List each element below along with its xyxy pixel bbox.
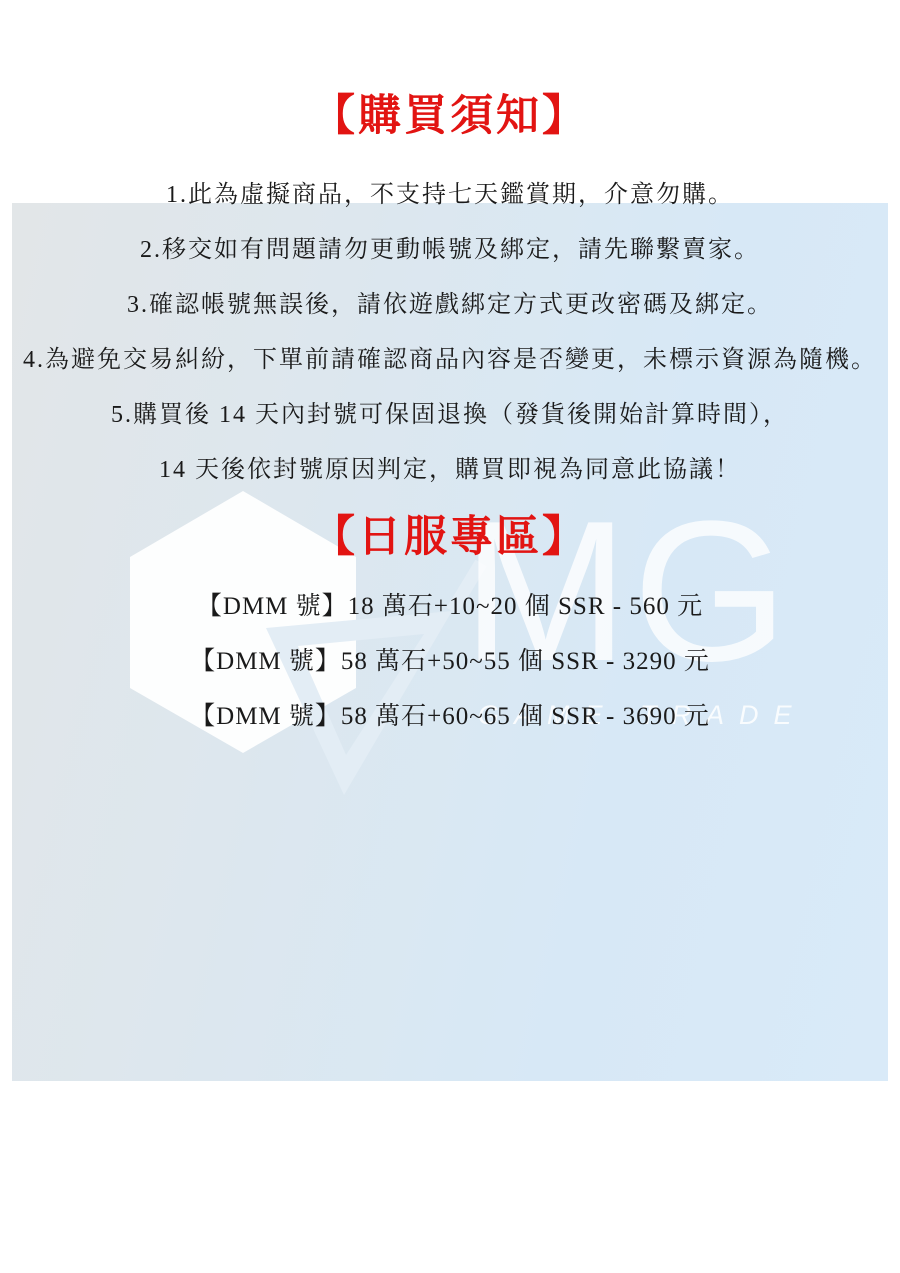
notice-item-5: 5.購買後 14 天內封號可保固退換（發貨後開始計算時間），	[0, 394, 900, 429]
notice-item-5-continued: 14 天後依封號原因判定，購買即視為同意此協議！	[0, 449, 900, 484]
product-description-image: MG GAME TRADE 【購買須知】 1.此為虛擬商品，不支持七天鑑賞期，介…	[0, 0, 900, 1273]
content-layer: 【購買須知】 1.此為虛擬商品，不支持七天鑑賞期，介意勿購。 2.移交如有問題請…	[0, 0, 900, 1273]
notice-item-2: 2.移交如有問題請勿更動帳號及綁定，請先聯繫賣家。	[0, 229, 900, 264]
notice-item-3: 3.確認帳號無誤後，請依遊戲綁定方式更改密碼及綁定。	[0, 284, 900, 319]
listing-dmm-2: 【DMM 號】58 萬石+50~55 個 SSR - 3290 元	[0, 641, 900, 677]
purchase-notice-title: 【購買須知】	[0, 82, 900, 143]
notice-item-4: 4.為避免交易糾紛，下單前請確認商品內容是否變更，未標示資源為隨機。	[0, 339, 900, 374]
listing-dmm-1: 【DMM 號】18 萬石+10~20 個 SSR - 560 元	[0, 586, 900, 622]
listing-dmm-3: 【DMM 號】58 萬石+60~65 個 SSR - 3690 元	[0, 696, 900, 732]
notice-item-1: 1.此為虛擬商品，不支持七天鑑賞期，介意勿購。	[0, 174, 900, 209]
jp-server-section-title: 【日服專區】	[0, 503, 900, 564]
